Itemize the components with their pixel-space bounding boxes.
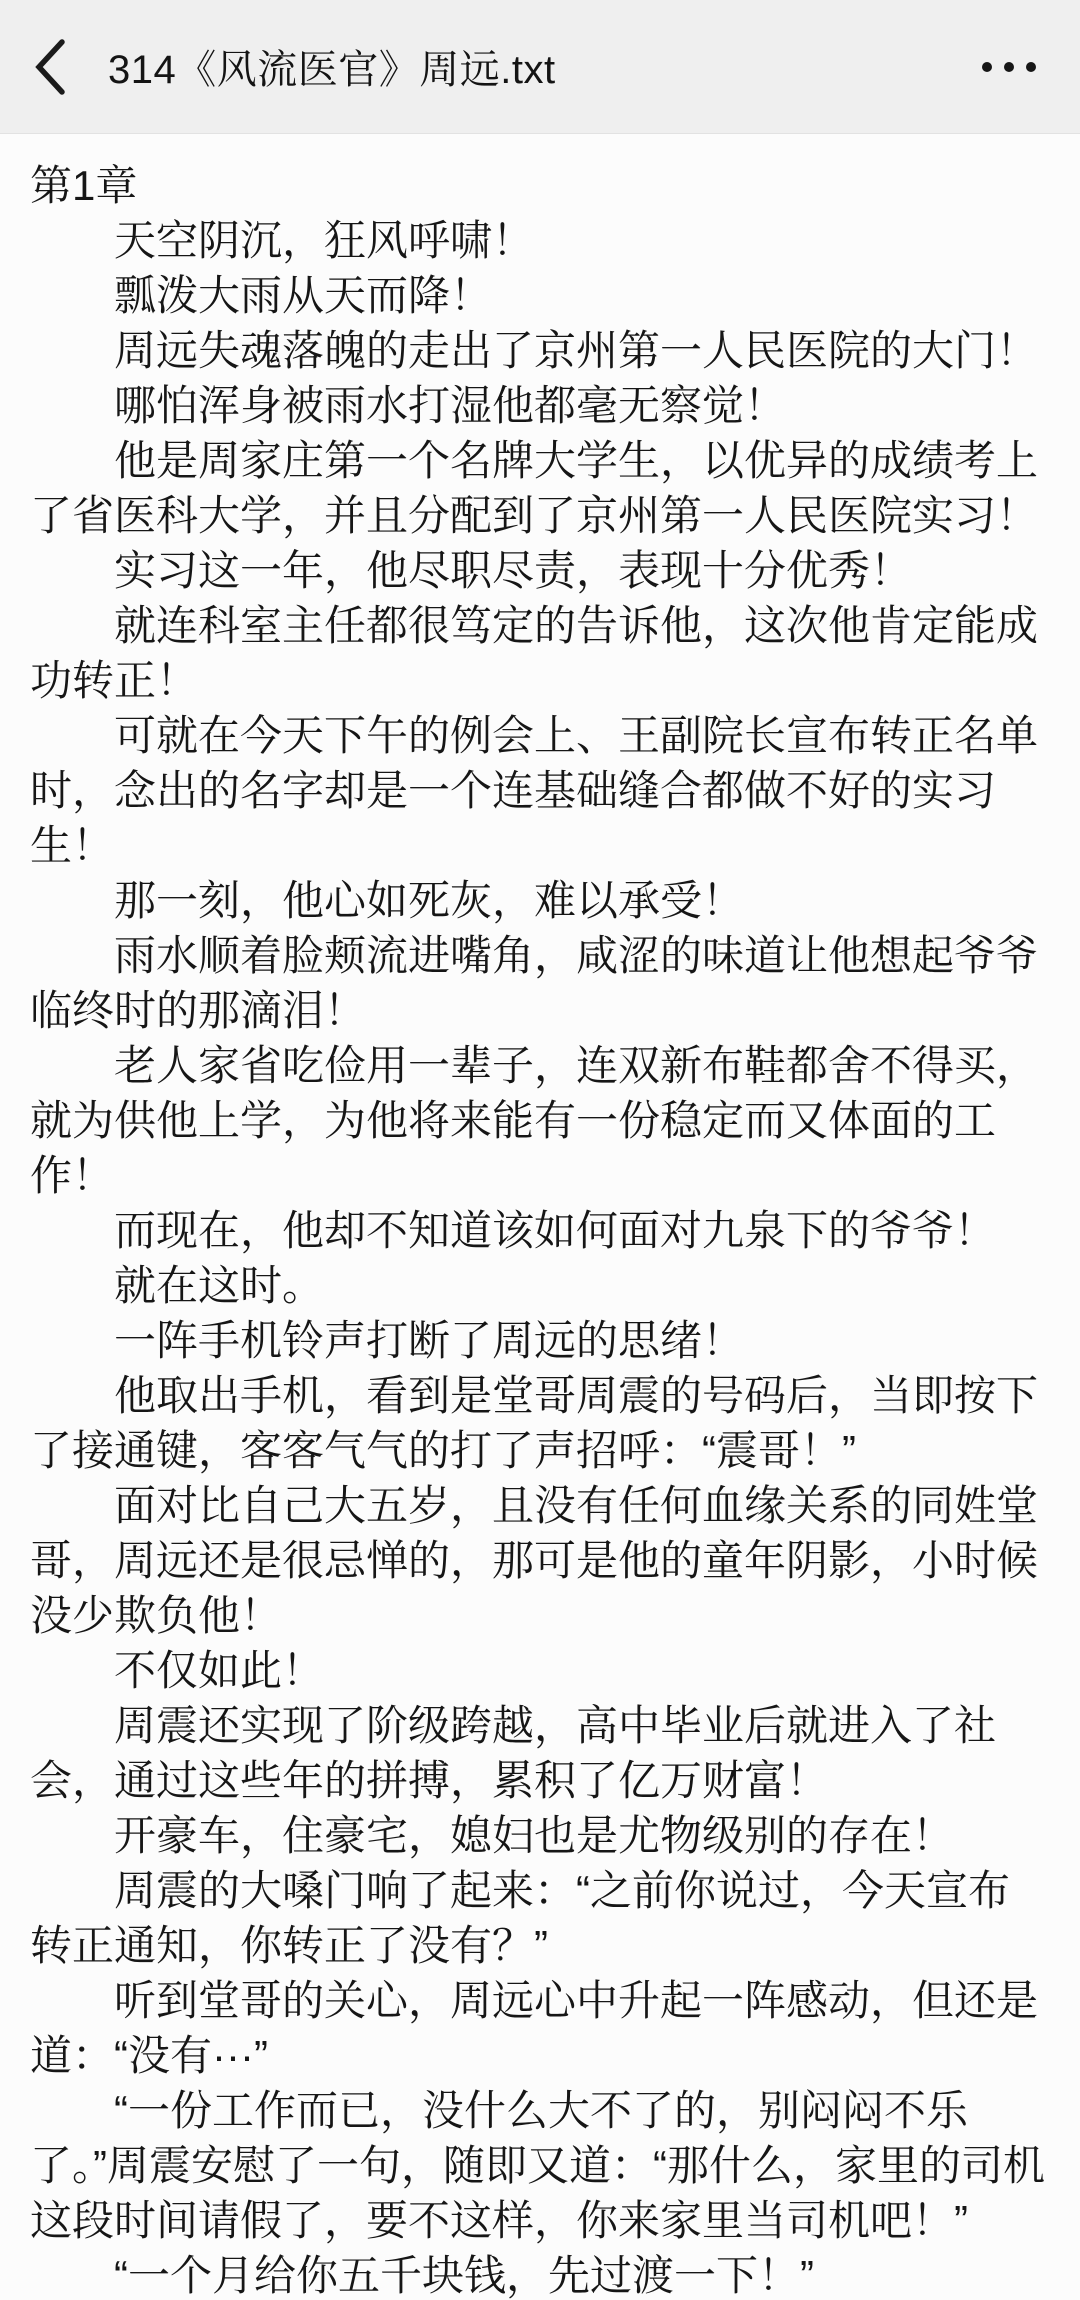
navbar: 314《风流医官》周远.txt [0,0,1080,134]
ellipsis-icon [1026,62,1036,72]
file-reader-screen: 314《风流医官》周远.txt 第1章 天空阴沉，狂风呼啸！瓢泼大雨从天而降！周… [0,0,1080,2300]
paragraph: 就连科室主任都很笃定的告诉他，这次他肯定能成功转正！ [30,598,1050,708]
paragraph: 就在这时。 [30,1258,1050,1313]
chevron-left-icon [34,38,66,96]
paragraph: 那一刻，他心如死灰，难以承受！ [30,873,1050,928]
paragraph: 瓢泼大雨从天而降！ [30,268,1050,323]
ellipsis-icon [1004,62,1014,72]
back-button[interactable] [34,27,90,107]
paragraph-list: 天空阴沉，狂风呼啸！瓢泼大雨从天而降！周远失魂落魄的走出了京州第一人民医院的大门… [30,213,1050,2300]
paragraph: 雨水顺着脸颊流进嘴角，咸涩的味道让他想起爷爷临终时的那滴泪！ [30,928,1050,1038]
paragraph: 一阵手机铃声打断了周远的思绪！ [30,1313,1050,1368]
paragraph: 周震的大嗓门响了起来：“之前你说过，今天宣布转正通知，你转正了没有？” [30,1863,1050,1973]
paragraph: 不仅如此！ [30,1643,1050,1698]
paragraph: 听到堂哥的关心，周远心中升起一阵感动，但还是道：“没有···” [30,1973,1050,2083]
paragraph: 实习这一年，他尽职尽责，表现十分优秀！ [30,543,1050,598]
page-title: 314《风流医官》周远.txt [108,38,556,95]
paragraph: 天空阴沉，狂风呼啸！ [30,213,1050,268]
paragraph: 老人家省吃俭用一辈子，连双新布鞋都舍不得买，就为供他上学，为他将来能有一份稳定而… [30,1038,1050,1203]
paragraph: 哪怕浑身被雨水打湿他都毫无察觉！ [30,378,1050,433]
ellipsis-icon [982,62,992,72]
paragraph: 开豪车，住豪宅，媳妇也是尤物级别的存在！ [30,1808,1050,1863]
paragraph: 他取出手机，看到是堂哥周震的号码后，当即按下了接通键，客客气气的打了声招呼：“震… [30,1368,1050,1478]
paragraph: 周震还实现了阶级跨越，高中毕业后就进入了社会，通过这些年的拼搏，累积了亿万财富！ [30,1698,1050,1808]
paragraph: 他是周家庄第一个名牌大学生，以优异的成绩考上了省医科大学，并且分配到了京州第一人… [30,433,1050,543]
paragraph: “一个月给你五千块钱，先过渡一下！” [30,2248,1050,2300]
chapter-heading: 第1章 [30,158,1050,213]
more-menu-button[interactable] [982,37,1036,97]
paragraph: 面对比自己大五岁，且没有任何血缘关系的同姓堂哥，周远还是很忌惮的，那可是他的童年… [30,1478,1050,1643]
paragraph: “一份工作而已，没什么大不了的，别闷闷不乐了。”周震安慰了一句，随即又道：“那什… [30,2083,1050,2248]
document-content: 第1章 天空阴沉，狂风呼啸！瓢泼大雨从天而降！周远失魂落魄的走出了京州第一人民医… [0,134,1080,2300]
paragraph: 可就在今天下午的例会上、王副院长宣布转正名单时，念出的名字却是一个连基础缝合都做… [30,708,1050,873]
paragraph: 周远失魂落魄的走出了京州第一人民医院的大门！ [30,323,1050,378]
paragraph: 而现在，他却不知道该如何面对九泉下的爷爷！ [30,1203,1050,1258]
